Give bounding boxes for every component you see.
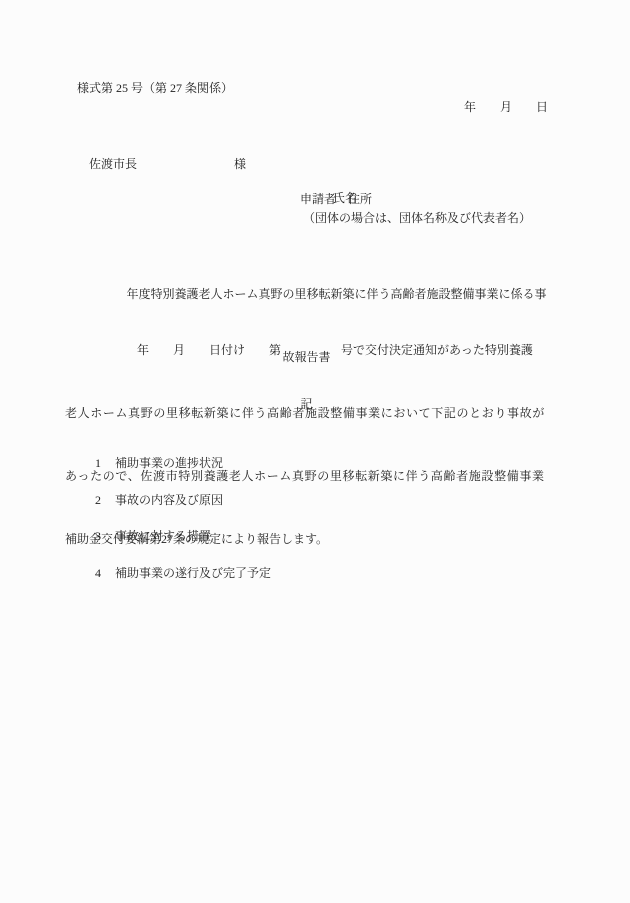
form-number: 様式第 25 号（第 27 条関係）	[77, 78, 233, 99]
document-page: 様式第 25 号（第 27 条関係） 年 月 日 佐渡市長様 申請者住所 氏名 …	[0, 0, 630, 903]
body-line-1: 年 月 日付け 第 号で交付決定通知があった特別養護	[65, 340, 548, 361]
applicant-label: 申請者	[300, 192, 336, 206]
date-line: 年 月 日	[65, 97, 548, 118]
addressee-line: 佐渡市長様	[77, 133, 246, 196]
addressee: 佐渡市長	[89, 157, 137, 171]
addressee-honorific: 様	[234, 157, 246, 171]
list-item-label: 補助事業の遂行及び完了予定	[115, 566, 271, 580]
applicant-org-note: （団体の場合は、団体名称及び代表者名）	[303, 208, 531, 229]
applicant-name-label: 氏名	[333, 188, 357, 209]
list-item-number: 4	[95, 563, 115, 584]
list-item: 4補助事業の遂行及び完了予定	[83, 542, 271, 605]
record-marker: 記	[65, 394, 548, 415]
list-item-label: 補助事業の進捗状況	[115, 456, 223, 470]
list-item-label: 事故に対する措置	[115, 529, 211, 543]
